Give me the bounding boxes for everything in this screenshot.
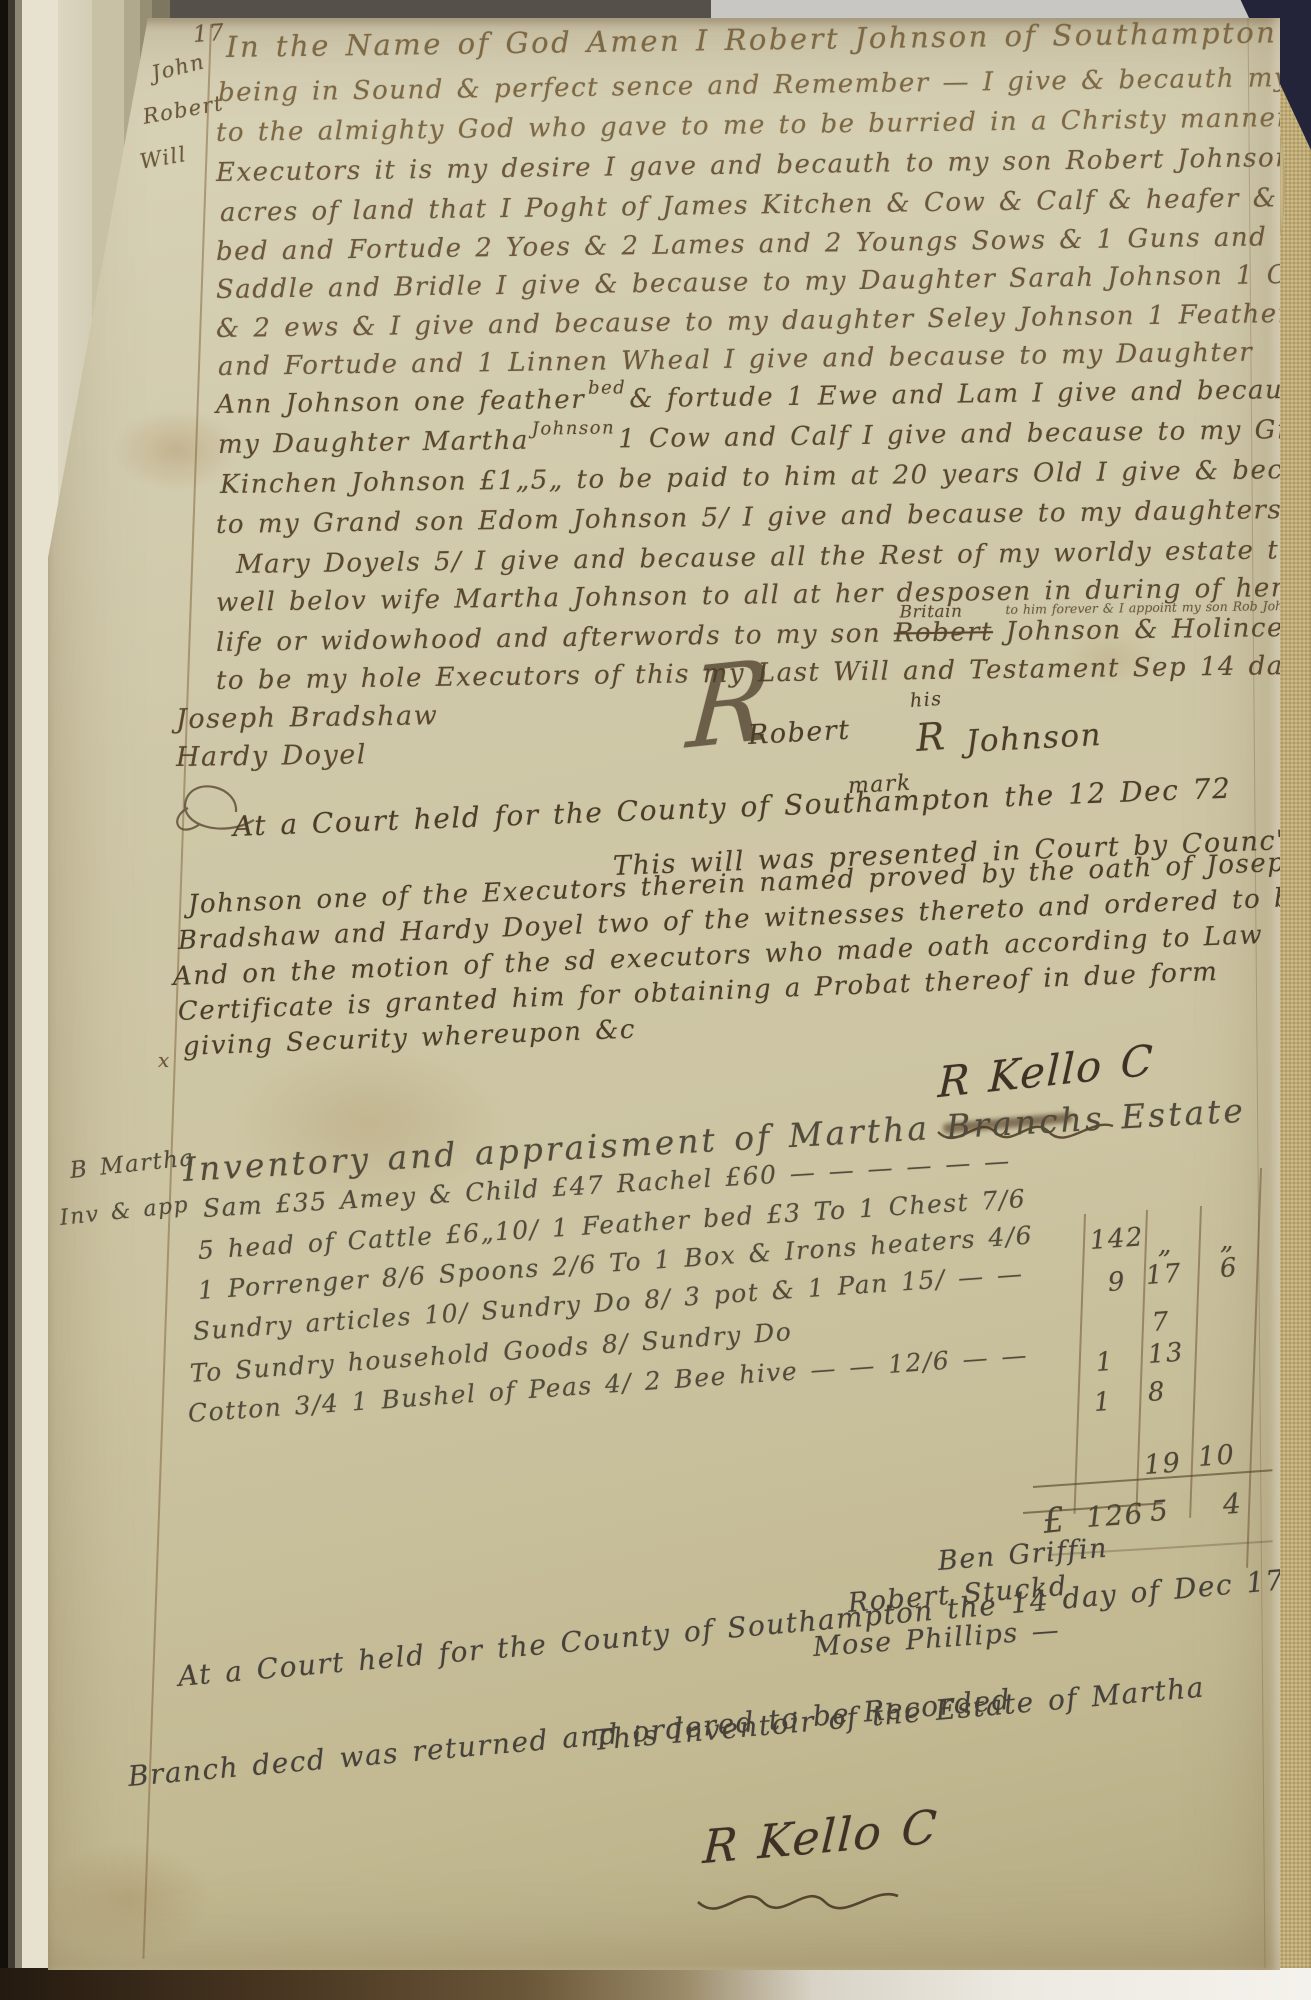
will-line-2: being in Sound & perfect sence and Remem… <box>218 62 1280 108</box>
inventory-court-line-3: Branch decd was returned and ordered to … <box>127 1683 1013 1793</box>
amount-r6-pounds: 1 <box>1093 1387 1113 1418</box>
margin-note-will: Will <box>138 142 189 174</box>
amount-r6-shillings: 8 <box>1147 1377 1167 1408</box>
signature-robert: Robert <box>747 715 851 751</box>
will-line-11: my Daughter MarthaJohnson1 Cow and Calf … <box>218 415 1280 460</box>
subtotal-shillings: 19 <box>1143 1447 1182 1481</box>
will-line-12: Kinchen Johnson £1„5„ to be paid to him … <box>220 454 1280 500</box>
will-line-5: acres of land that I Poght of James Kitc… <box>220 182 1280 228</box>
amount-r3-pence: 6 <box>1219 1253 1239 1284</box>
struck-robert-group: BritainRobert <box>894 617 994 648</box>
executors-group: to him forever & I appoint my son Rob Jo… <box>1006 611 1280 647</box>
amount-r4-shillings: 7 <box>1151 1307 1171 1338</box>
will-line-16-pre: life or widowhood and afterwords to my s… <box>216 619 882 658</box>
amount-r1-shillings: „ <box>1158 1230 1173 1260</box>
page-number: 17 <box>192 20 226 48</box>
will-line-3: to the almighty God who gave to me to be… <box>216 102 1280 148</box>
will-line-11-post: 1 Cow and Calf I give and because to my … <box>618 415 1280 455</box>
witness-joseph-bradshaw: Joseph Bradshaw <box>176 700 439 735</box>
will-line-13: to my Grand son Edom Johnson 5/ I give a… <box>216 495 1280 540</box>
will-line-16-post: Johnson & Holincel Johnson <box>1006 611 1280 647</box>
witness-hardy-doyel: Hardy Doyel <box>176 739 367 773</box>
amount-r5-pounds: 1 <box>1095 1347 1115 1378</box>
will-line-10: Ann Johnson one featherbed& fortude 1 Ew… <box>216 374 1280 420</box>
inventory-margin-note-1: B Martha <box>69 1145 196 1184</box>
amount-r1-pence: „ <box>1220 1226 1235 1256</box>
clerk-signature-1: R Kello C <box>937 1035 1155 1107</box>
table-edge <box>0 1968 1311 2000</box>
manuscript-scan: 17 John Robert Will In the Name of God A… <box>0 0 1311 2000</box>
amount-column-rule-1 <box>1074 1214 1086 1514</box>
signature-his: his <box>909 688 943 712</box>
will-line-1: In the Name of God Amen I Robert Johnson… <box>226 18 1280 64</box>
subtotal-pence: 10 <box>1197 1439 1236 1473</box>
signature-mark-initial: R <box>914 714 947 760</box>
amount-r3-pounds: 9 <box>1107 1267 1127 1298</box>
signature-johnson: Johnson <box>965 717 1103 760</box>
total-shillings: 5 <box>1149 1494 1171 1528</box>
will-line-9: and Fortude and 1 Linnen Wheal I give an… <box>218 338 1254 382</box>
will-line-6: bed and Fortude 2 Yoes & 2 Lames and 2 Y… <box>216 221 1280 267</box>
interlined-bed: bed <box>588 377 626 399</box>
interlined-johnson: Johnson <box>532 417 616 439</box>
will-line-11-pre: my Daughter Martha <box>218 426 529 460</box>
margin-note-john: John <box>149 49 207 85</box>
total-pounds: 126 <box>1085 1497 1145 1534</box>
margin-x-mark: x <box>158 1048 171 1072</box>
amount-r3-shillings: 17 <box>1145 1259 1183 1291</box>
will-line-14: Mary Doyels 5/ I give and because all th… <box>236 534 1280 580</box>
manuscript-page: 17 John Robert Will In the Name of God A… <box>48 18 1280 1970</box>
inventory-court-line-1: At a Court held for the County of Southa… <box>177 1560 1280 1693</box>
will-line-10-post: & fortude 1 Ewe and Lam I give and becau… <box>629 374 1280 414</box>
inventory-margin-note-2: Inv & app <box>59 1193 191 1231</box>
will-line-8: & 2 ews & I give and because to my daugh… <box>216 298 1280 344</box>
will-line-10-pre: Ann Johnson one feather <box>216 385 586 420</box>
total-pence: 4 <box>1222 1487 1244 1521</box>
interlined-britain: Britain <box>899 602 962 623</box>
amount-r1-pounds: 142 <box>1089 1222 1145 1256</box>
margin-note-robert: Robert <box>141 91 226 129</box>
clerk-signature-2: R Kello C <box>702 1799 940 1874</box>
clerk-flourish-2 <box>693 1882 903 1924</box>
will-line-4: Executors it is my desire I gave and bec… <box>216 142 1280 188</box>
appraiser-ben-griffin: Ben Griffin <box>937 1533 1109 1577</box>
will-line-7: Saddle and Bridle I give & because to my… <box>216 258 1280 305</box>
amount-r5-shillings: 13 <box>1147 1338 1185 1370</box>
